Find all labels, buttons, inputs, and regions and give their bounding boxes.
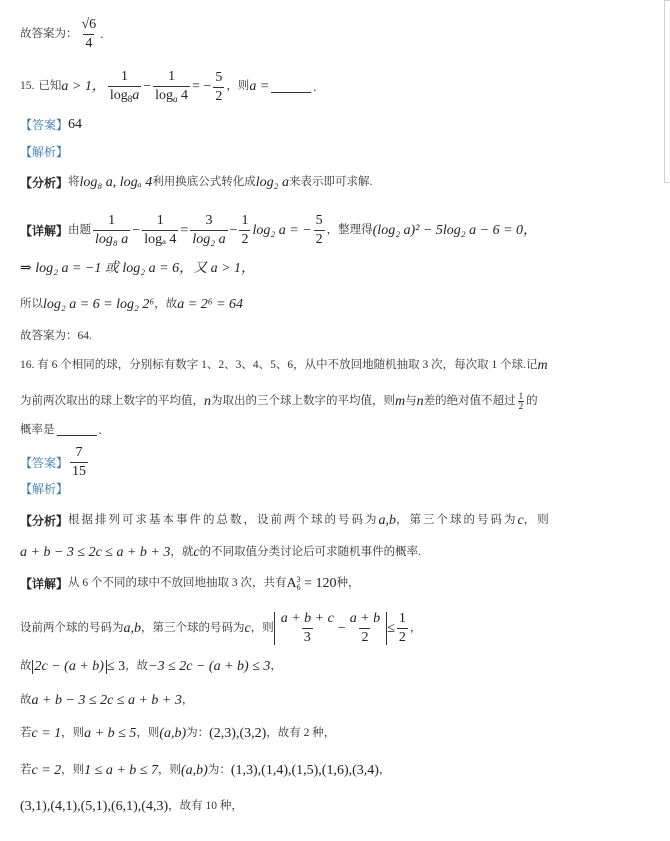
text: ，第三个球的号码为 bbox=[141, 623, 245, 635]
question-text: 为前两次取出的球上数字的平均值， bbox=[20, 396, 204, 408]
side-panel-border bbox=[664, 0, 670, 183]
question-text: 概率是 bbox=[20, 425, 55, 437]
period: . bbox=[313, 81, 316, 94]
fraction-numerator: 1 bbox=[106, 214, 117, 230]
text: ，故有 10 种， bbox=[168, 801, 243, 813]
fraction-3: 5 2 bbox=[213, 71, 224, 104]
fraction-numerator: a + b bbox=[348, 612, 382, 628]
text: 将 bbox=[68, 177, 80, 189]
var: a,b bbox=[124, 622, 142, 636]
math-expr: ≤ 3 bbox=[107, 660, 125, 674]
math-expr: log₂ a = 6 = log₂ 2⁶ bbox=[43, 298, 154, 312]
question-text: ，则 bbox=[226, 81, 249, 93]
math-expr: (a,b) bbox=[181, 764, 208, 778]
text: 若 bbox=[20, 728, 32, 740]
fraction: 12 bbox=[239, 214, 250, 247]
absolute-value: a + b + c3 − a + b2 bbox=[274, 612, 387, 645]
answer-label: 【答案】 bbox=[20, 457, 68, 469]
fraction-denominator: log₈ a bbox=[93, 230, 130, 247]
analysis-label: 【解析】 bbox=[20, 146, 68, 158]
q16-step7: (3,1),(4,1),(5,1),(6,1),(4,3) ，故有 10 种， bbox=[20, 800, 243, 814]
text: 种， bbox=[337, 578, 360, 590]
log-base: a bbox=[173, 94, 178, 104]
fraction: 12 bbox=[397, 612, 408, 645]
text: 的不同取值分类讨论后可求随机事件的概率. bbox=[200, 547, 421, 559]
q16-step2: 设前两个球的号码为 a,b ，第三个球的号码为 c ，则 a + b + c3 … bbox=[20, 612, 421, 645]
math-value: = 120 bbox=[301, 576, 337, 591]
text: ，则 bbox=[251, 623, 274, 635]
text: ，就 bbox=[170, 547, 193, 559]
text: ，故 bbox=[125, 661, 148, 673]
math-expr: c = 2 bbox=[32, 764, 62, 778]
fraction-denominator: 2 bbox=[397, 628, 408, 645]
text: ， bbox=[410, 623, 422, 635]
fraction-numerator: 1 bbox=[239, 214, 250, 230]
var: m bbox=[538, 359, 548, 373]
math-expr: log₂ a = − bbox=[252, 224, 311, 238]
text: 若 bbox=[20, 765, 32, 777]
math-expr: A36 = 120 bbox=[287, 576, 337, 592]
fraction-half: 12 bbox=[518, 392, 525, 411]
q16-answer-line: 【答案】 715 bbox=[20, 446, 90, 479]
fraction-denominator: 15 bbox=[70, 462, 88, 479]
text: ，则 bbox=[136, 728, 159, 740]
fraction-denominator: loga 4 bbox=[153, 86, 190, 104]
question-16-line1: 16. 有 6 个相同的球，分别标有数字 1、2、3、4、5、6，从中不放回地随… bbox=[20, 359, 548, 373]
math-expr: ⇒ log₂ a = −1 或 log₂ a = 6，又 a > 1， bbox=[20, 262, 255, 276]
fraction-denominator: 2 bbox=[314, 230, 325, 247]
prev-answer-fraction: √6 4 bbox=[80, 18, 99, 51]
fraction: 3log₂ a bbox=[190, 214, 227, 247]
q16-fenxi-line1: 【分析】 根据排列可求基本事件的总数，设前两个球的号码为 a,b ，第三个球的号… bbox=[20, 514, 551, 528]
question-15: 15. 已知 a > 1， 1 log8a − 1 loga 4 = − 5 2… bbox=[20, 70, 316, 104]
q15-answer-line: 【答案】 64 bbox=[20, 118, 82, 132]
q15-step3: 所以 log₂ a = 6 = log₂ 2⁶ ，故 a = 2⁶ = 64 bbox=[20, 298, 243, 312]
text: 故 bbox=[20, 695, 32, 707]
q16-step6: 若 c = 2 ，则 1 ≤ a + b ≤ 7 ，则 (a,b) 为： (1,… bbox=[20, 764, 390, 778]
fraction-denominator: 3 bbox=[302, 628, 313, 645]
question-text: 已知 bbox=[38, 81, 61, 93]
fraction: 1logₐ 4 bbox=[142, 214, 178, 247]
equals-sign: = − bbox=[192, 80, 211, 94]
pair-list: (2,3),(3,2) bbox=[209, 727, 266, 741]
fenxi-label: 【分析】 bbox=[20, 177, 68, 189]
math-expr: −3 ≤ 2c − (a + b) ≤ 3 bbox=[148, 660, 270, 674]
fraction-numerator: 1 bbox=[397, 612, 408, 628]
ask-expression: a = bbox=[249, 80, 269, 94]
math-expr: log₈ a, logₐ 4 bbox=[80, 176, 153, 190]
condition: a > 1， bbox=[61, 80, 105, 94]
q16-analysis-label: 【解析】 bbox=[20, 483, 68, 495]
math-expr: a + b − 3 ≤ 2c ≤ a + b + 3 bbox=[32, 694, 182, 708]
fraction: a + b2 bbox=[348, 612, 382, 645]
text: ， bbox=[270, 661, 282, 673]
fraction-denominator: 2 bbox=[239, 230, 250, 247]
answer-value: 64 bbox=[68, 118, 82, 132]
question-text: 为取出的三个球上数字的平均值，则 bbox=[211, 396, 395, 408]
var: m bbox=[395, 395, 405, 409]
analysis-label: 【解析】 bbox=[20, 483, 68, 495]
fraction-denominator: 2 bbox=[213, 87, 224, 104]
xiangjie-label: 【详解】 bbox=[20, 578, 68, 590]
fraction: 1log₈ a bbox=[93, 214, 130, 247]
text: ，则 bbox=[158, 765, 181, 777]
le-sign: ≤ bbox=[387, 622, 395, 636]
fraction-denominator: log8a bbox=[108, 86, 141, 104]
math-expr: 1 ≤ a + b ≤ 7 bbox=[84, 764, 158, 778]
question-text: 与 bbox=[405, 396, 417, 408]
log-text: log bbox=[110, 88, 128, 103]
fraction-denominator: logₐ 4 bbox=[142, 230, 178, 247]
log-arg: a bbox=[132, 88, 139, 103]
text: ， bbox=[379, 765, 391, 777]
absolute-value: 2c − (a + b) bbox=[32, 660, 107, 674]
text: 为： bbox=[186, 728, 209, 740]
math-expr: c = 1 bbox=[32, 727, 62, 741]
fraction-denominator: log₂ a bbox=[190, 230, 227, 247]
xiangjie-label: 【详解】 bbox=[20, 225, 68, 237]
fraction-denominator: 2 bbox=[359, 628, 370, 645]
answer-blank bbox=[271, 82, 311, 93]
text: ，则 bbox=[524, 515, 551, 527]
var: n bbox=[204, 395, 211, 409]
question-16-line3: 概率是 . bbox=[20, 424, 102, 437]
fraction-2: 1 loga 4 bbox=[153, 70, 190, 104]
text: ，第三个球的号码为 bbox=[396, 515, 518, 527]
math-expr: (log₂ a)² − 5log₂ a − 6 = 0， bbox=[373, 224, 537, 238]
q15-final: 故答案为：64. bbox=[20, 331, 92, 343]
answer-label: 【答案】 bbox=[20, 119, 68, 131]
fraction-numerator: 1 bbox=[119, 70, 130, 86]
q15-analysis-label: 【解析】 bbox=[20, 146, 68, 158]
math-expr: a = 2⁶ = 64 bbox=[177, 298, 243, 312]
math-expr: a + b − 3 ≤ 2c ≤ a + b + 3 bbox=[20, 546, 170, 560]
text: 从 6 个不同的球中不放回地抽取 3 次，共有 bbox=[68, 578, 287, 590]
minus-sign: − bbox=[143, 80, 151, 94]
fraction-1: 1 log8a bbox=[108, 70, 141, 104]
text: ，整理得 bbox=[327, 225, 373, 237]
fraction: a + b + c3 bbox=[279, 612, 336, 645]
text: 利用换底公式转化成 bbox=[152, 177, 256, 189]
text: ，则 bbox=[61, 765, 84, 777]
log-arg: 4 bbox=[181, 88, 188, 103]
text: ，故有 2 种， bbox=[266, 728, 335, 740]
q16-step5: 若 c = 1 ，则 a + b ≤ 5 ，则 (a,b) 为： (2,3),(… bbox=[20, 727, 335, 741]
text: 所以 bbox=[20, 299, 43, 311]
fraction-numerator: 7 bbox=[74, 446, 85, 462]
fraction-numerator: 1 bbox=[166, 70, 177, 86]
fraction-numerator: 5 bbox=[314, 214, 325, 230]
fraction-numerator: 5 bbox=[213, 71, 224, 87]
prev-answer-prefix: 故答案为： bbox=[20, 29, 78, 41]
text: 故 bbox=[20, 661, 32, 673]
q16-xiangjie-line: 【详解】 从 6 个不同的球中不放回地抽取 3 次，共有 A36 = 120 种… bbox=[20, 576, 360, 592]
text: ，则 bbox=[61, 728, 84, 740]
arrangement-symbol: A bbox=[287, 576, 297, 591]
text: ，故 bbox=[154, 299, 177, 311]
text: 来表示即可求解. bbox=[289, 177, 372, 189]
math-expr: (a,b) bbox=[159, 727, 186, 741]
math-expr: a + b ≤ 5 bbox=[84, 727, 136, 741]
prev-answer-line: 故答案为： √6 4 . bbox=[20, 18, 103, 51]
prev-answer-suffix: . bbox=[100, 28, 103, 41]
text: 设前两个球的号码为 bbox=[20, 623, 124, 635]
text: 根据排列可求基本事件的总数，设前两个球的号码为 bbox=[68, 515, 379, 527]
pair-list: (3,1),(4,1),(5,1),(6,1),(4,3) bbox=[20, 800, 168, 814]
q15-step2: ⇒ log₂ a = −1 或 log₂ a = 6，又 a > 1， bbox=[20, 262, 255, 276]
var: n bbox=[417, 395, 424, 409]
text: 由题 bbox=[68, 225, 91, 237]
question-16-line2: 为前两次取出的球上数字的平均值， n 为取出的三个球上数字的平均值，则 m 与 … bbox=[20, 392, 538, 411]
text: 为： bbox=[208, 765, 231, 777]
fraction-numerator: 1 bbox=[518, 392, 525, 401]
question-text: 16. 有 6 个相同的球，分别标有数字 1、2、3、4、5、6，从中不放回地随… bbox=[20, 360, 538, 372]
fraction-denominator: 4 bbox=[83, 34, 94, 51]
question-text: 差的绝对值不超过 bbox=[424, 396, 516, 408]
fenxi-label: 【分析】 bbox=[20, 515, 68, 527]
math-expr: log₂ a bbox=[256, 176, 289, 190]
answer-fraction: 715 bbox=[70, 446, 88, 479]
var: a,b bbox=[379, 514, 397, 528]
pair-list: (1,3),(1,4),(1,5),(1,6),(3,4) bbox=[231, 764, 379, 778]
answer-blank bbox=[57, 425, 97, 436]
period: . bbox=[99, 424, 102, 437]
log-text: log bbox=[155, 88, 173, 103]
fraction-numerator: a + b + c bbox=[279, 612, 336, 628]
q16-step3: 故 2c − (a + b) ≤ 3 ，故 −3 ≤ 2c − (a + b) … bbox=[20, 660, 282, 674]
text: ， bbox=[182, 695, 194, 707]
q16-fenxi-line2: a + b − 3 ≤ 2c ≤ a + b + 3 ，就 c 的不同取值分类讨… bbox=[20, 546, 421, 560]
fraction-numerator: 3 bbox=[203, 214, 214, 230]
final-answer-text: 故答案为：64. bbox=[20, 331, 92, 343]
question-text: 的 bbox=[526, 396, 538, 408]
fraction-denominator: 2 bbox=[518, 401, 525, 411]
fraction-numerator: √6 bbox=[80, 18, 99, 34]
q15-xiangjie-line: 【详解】 由题 1log₈ a − 1logₐ 4 = 3log₂ a − 12… bbox=[20, 214, 537, 247]
q16-step4: 故 a + b − 3 ≤ 2c ≤ a + b + 3 ， bbox=[20, 694, 193, 708]
question-number: 15. bbox=[20, 81, 34, 93]
fraction-numerator: 1 bbox=[155, 214, 166, 230]
q15-fenxi-line: 【分析】 将 log₈ a, logₐ 4 利用换底公式转化成 log₂ a 来… bbox=[20, 176, 372, 190]
fraction: 52 bbox=[314, 214, 325, 247]
